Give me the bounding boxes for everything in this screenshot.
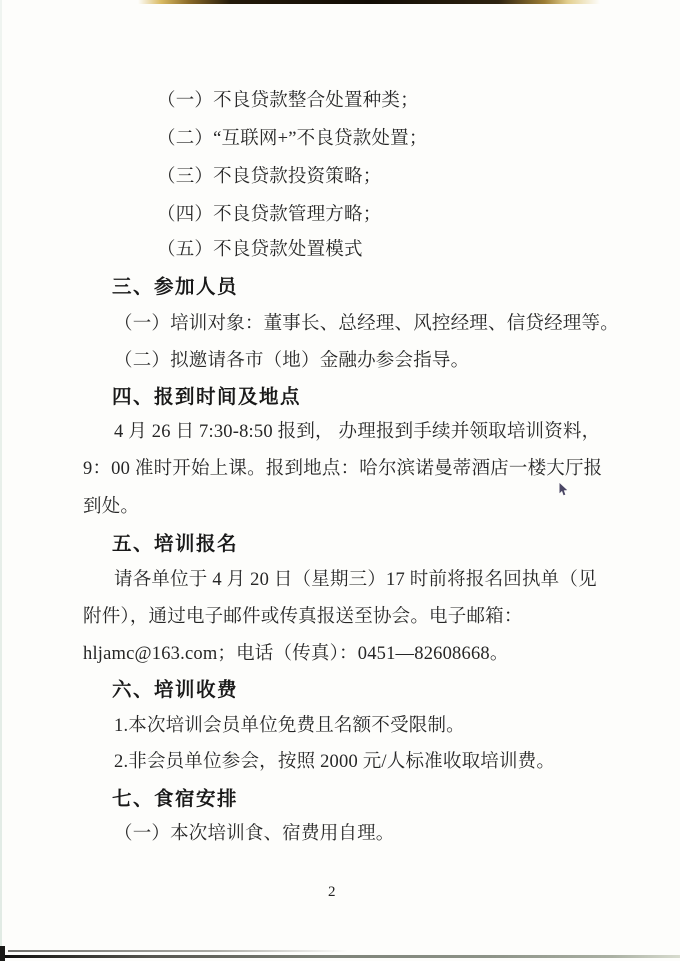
- heading-section-7-accommodation: 七、食宿安排: [112, 786, 238, 812]
- checkin-line-1: 4 月 26 日 7:30-8:50 报到， 办理报到手续并领取培训资料，: [114, 419, 600, 445]
- scan-top-edge-artifact: [138, 0, 600, 4]
- scan-left-edge-tint: [0, 0, 2, 961]
- curriculum-item-5: （五）不良贷款处置模式: [157, 237, 363, 263]
- curriculum-item-1: （一）不良贷款整合处置种类；: [157, 88, 419, 114]
- scanned-document-page: （一）不良贷款整合处置种类； （二）“互联网+”不良贷款处置； （三）不良贷款投…: [0, 0, 680, 961]
- participants-line-2: （二）拟邀请各市（地）金融办参会指导。: [114, 348, 469, 374]
- scan-bottom-left-corner: [0, 946, 5, 961]
- registration-line-1: 请各单位于 4 月 20 日（星期三）17 时前将报名回执单（见: [114, 567, 597, 593]
- checkin-line-3: 到处。: [83, 494, 139, 520]
- scan-bottom-edge-lower-line: [0, 955, 680, 958]
- heading-section-3-participants: 三、参加人员: [112, 274, 238, 300]
- curriculum-item-3: （三）不良贷款投资策略；: [157, 164, 381, 190]
- heading-section-4-checkin: 四、报到时间及地点: [112, 384, 301, 410]
- scan-bottom-edge-upper-line: [8, 950, 348, 952]
- curriculum-item-4: （四）不良贷款管理方略；: [157, 202, 381, 228]
- page-number: 2: [328, 884, 336, 901]
- participants-line-1: （一）培训对象：董事长、总经理、风控经理、信贷经理等。: [114, 311, 619, 337]
- fees-line-1: 1.本次培训会员单位免费且名额不受限制。: [114, 713, 465, 739]
- checkin-line-2: 9：00 准时开始上课。报到地点：哈尔滨诺曼蒂酒店一楼大厅报: [83, 456, 602, 482]
- heading-section-6-fees: 六、培训收费: [112, 677, 238, 703]
- accommodation-line-1: （一）本次培训食、宿费用自理。: [114, 821, 395, 847]
- fees-line-2: 2.非会员单位参会，按照 2000 元/人标准收取培训费。: [114, 749, 555, 775]
- registration-line-2: 附件），通过电子邮件或传真报送至协会。电子邮箱：: [83, 604, 523, 630]
- heading-section-5-registration: 五、培训报名: [112, 531, 238, 557]
- cursor-arrow-icon: [558, 483, 569, 497]
- curriculum-item-2: （二）“互联网+”不良贷款处置；: [157, 126, 428, 152]
- registration-line-3: hljamc@163.com；电话（传真）：0451—82608668。: [83, 641, 509, 667]
